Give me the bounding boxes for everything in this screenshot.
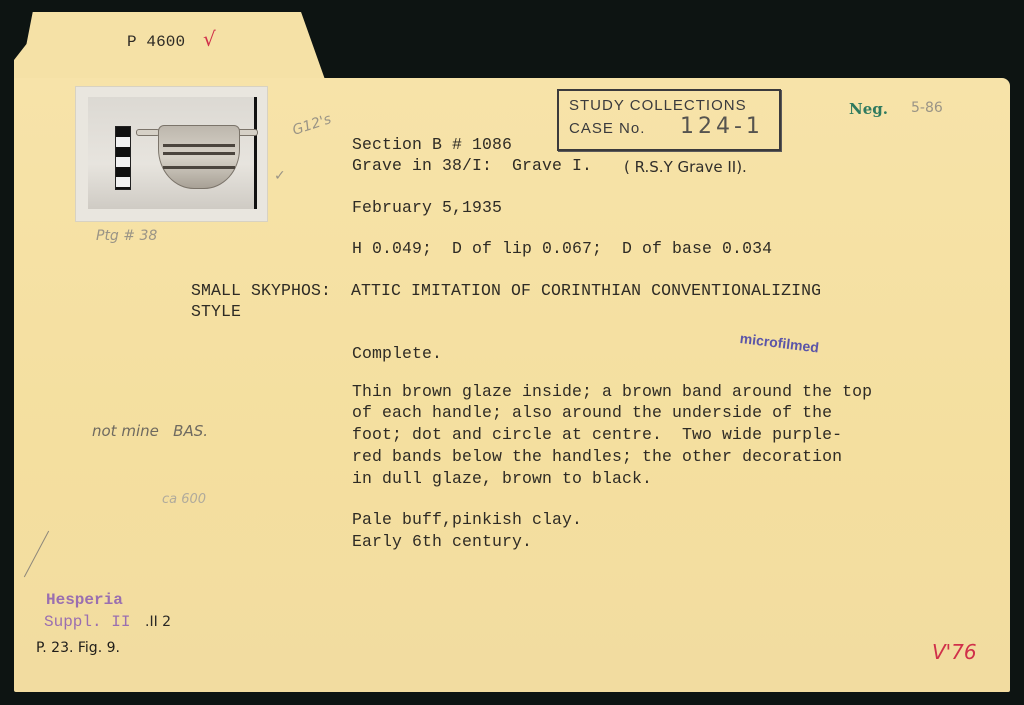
stamp-case-label: CASE No.: [569, 120, 645, 137]
supplement: Suppl. II: [44, 613, 130, 631]
journal-name: Hesperia: [46, 591, 123, 609]
red-check-mark: √: [203, 27, 216, 51]
grave-typed: Grave in 38/I: Grave I.: [352, 156, 592, 175]
description-line: Thin brown glaze inside; a brown band ar…: [352, 382, 872, 401]
dimensions: H 0.049; D of lip 0.067; D of base 0.034: [352, 239, 772, 258]
record-date: February 5,1935: [352, 198, 502, 217]
condition: Complete.: [352, 344, 442, 363]
neg-label: Neg.: [849, 100, 888, 118]
section-number: Section B # 1086: [352, 135, 512, 154]
photo-image: [88, 97, 257, 209]
grave-handwritten: ( R.S.Y Grave II).: [624, 158, 747, 176]
title-line-1: SMALL SKYPHOS: ATTIC IMITATION OF CORINT…: [191, 281, 821, 300]
neg-number: 5-86: [911, 100, 943, 116]
not-mine-note: not mine BAS.: [92, 422, 208, 440]
stamp-case-number: 124-1: [680, 114, 764, 139]
artifact-photo: [75, 86, 268, 222]
photo-pencil-note: Ptg # 38: [96, 228, 157, 244]
cup-handle-left: [136, 129, 160, 136]
stamp-line1: STUDY COLLECTIONS: [569, 97, 747, 114]
red-pencil-note: V'76: [932, 640, 977, 664]
ca-date-note: ca 600: [162, 492, 206, 507]
scale-bar-icon: [115, 126, 131, 190]
catalog-number: P 4600: [127, 33, 185, 51]
description-line: red bands below the handles; the other d…: [352, 447, 842, 466]
clay-note: Pale buff,pinkish clay.: [352, 510, 582, 529]
description-line: of each handle; also around the undersid…: [352, 403, 832, 422]
pencil-check-icon: ✓: [274, 168, 286, 184]
description-line: in dull glaze, brown to black.: [352, 469, 652, 488]
skyphos-icon: [158, 125, 240, 189]
period-note: Early 6th century.: [352, 532, 532, 551]
title-line-2: STYLE: [191, 302, 241, 321]
page-figure-note: P. 23. Fig. 9.: [36, 640, 120, 656]
description-line: foot; dot and circle at centre. Two wide…: [352, 425, 842, 444]
supplement-handwritten: .II 2: [145, 614, 171, 630]
